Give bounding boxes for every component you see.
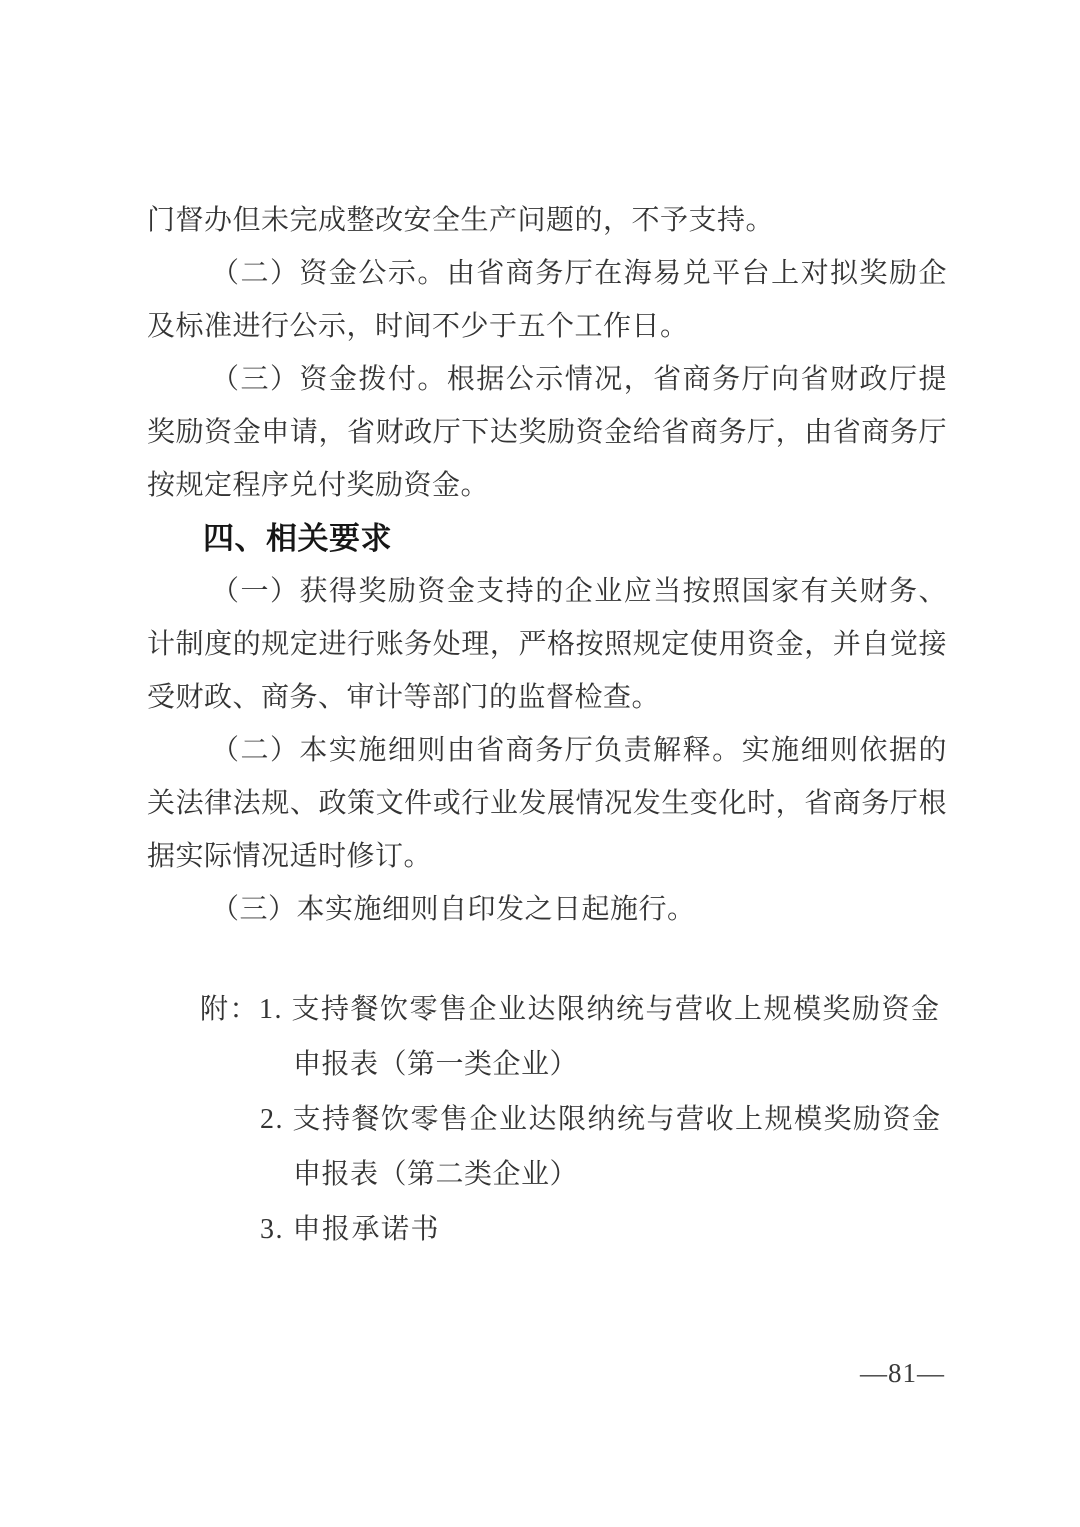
paragraph-line: （三）本实施细则自印发之日起施行。 bbox=[147, 883, 947, 936]
paragraph-line: （二）本实施细则由省商务厅负责解释。实施细则依据的相 bbox=[147, 724, 947, 777]
section-heading: 四、相关要求 bbox=[147, 512, 947, 565]
attachment-line: 附：1. 支持餐饮零售企业达限纳统与营收上规模奖励资金 bbox=[147, 982, 967, 1037]
attachment-line: 申报表（第二类企业） bbox=[147, 1147, 967, 1202]
paragraph-line: 计制度的规定进行账务处理，严格按照规定使用资金，并自觉接 bbox=[147, 618, 947, 671]
paragraph-line: 据实际情况适时修订。 bbox=[147, 830, 947, 883]
paragraph-line: 及标准进行公示，时间不少于五个工作日。 bbox=[147, 300, 947, 353]
paragraph-line: 门督办但未完成整改安全生产问题的，不予支持。 bbox=[147, 194, 947, 247]
document-page: 门督办但未完成整改安全生产问题的，不予支持。 （二）资金公示。由省商务厅在海易兑… bbox=[0, 0, 1080, 1527]
attachment-line: 2. 支持餐饮零售企业达限纳统与营收上规模奖励资金 bbox=[147, 1092, 967, 1147]
document-body: 门督办但未完成整改安全生产问题的，不予支持。 （二）资金公示。由省商务厅在海易兑… bbox=[147, 194, 947, 936]
paragraph-line: （一）获得奖励资金支持的企业应当按照国家有关财务、会 bbox=[147, 565, 947, 618]
paragraph-line: （三）资金拨付。根据公示情况，省商务厅向省财政厅提出 bbox=[147, 353, 947, 406]
paragraph-line: 按规定程序兑付奖励资金。 bbox=[147, 459, 947, 512]
attachment-line: 3. 申报承诺书 bbox=[147, 1202, 967, 1257]
paragraph-line: （二）资金公示。由省商务厅在海易兑平台上对拟奖励企业 bbox=[147, 247, 947, 300]
attachment-line: 申报表（第一类企业） bbox=[147, 1037, 967, 1092]
attachment-list: 附：1. 支持餐饮零售企业达限纳统与营收上规模奖励资金 申报表（第一类企业） 2… bbox=[147, 982, 967, 1257]
page-number: —81— bbox=[860, 1358, 945, 1389]
paragraph-line: 关法律法规、政策文件或行业发展情况发生变化时，省商务厅根 bbox=[147, 777, 947, 830]
paragraph-line: 奖励资金申请，省财政厅下达奖励资金给省商务厅，由省商务厅 bbox=[147, 406, 947, 459]
paragraph-line: 受财政、商务、审计等部门的监督检查。 bbox=[147, 671, 947, 724]
